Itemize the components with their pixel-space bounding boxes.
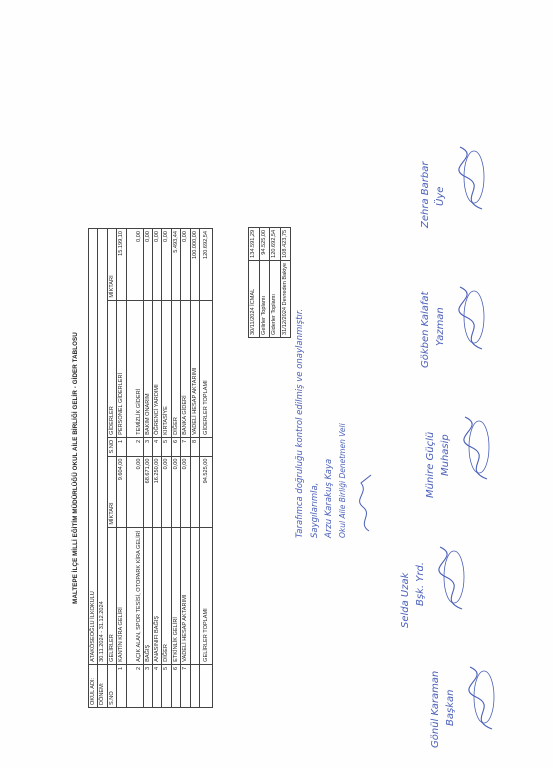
summary-value: 108.423,75 — [280, 227, 291, 260]
expense-label: VADELİ HESAP AKTARIMI — [190, 300, 199, 437]
school-row: OKUL ADI: ATAKÖSEOĞLU İLKOKULU — [89, 229, 98, 708]
signature-mark — [432, 543, 477, 613]
table-row: 3BAĞIŞ68.671,003BAKIM ONARIM0,00 — [143, 229, 152, 708]
expense-amount: 0,00 — [143, 229, 152, 301]
summary-table: 30/11/2024 İCMAL134.591,29Gelirler Topla… — [248, 227, 291, 338]
income-label — [190, 527, 199, 664]
signature-mark — [452, 143, 497, 213]
income-sno: 1 — [117, 664, 126, 707]
signatory-role: Üye — [435, 187, 446, 206]
summary-value: 94.525,00 — [259, 227, 270, 260]
expense-header: GİDERLER — [107, 300, 116, 437]
expense-label: KIRTASİYE — [162, 300, 171, 437]
income-sno: 3 — [143, 664, 152, 707]
income-amount: 9.604,00 — [117, 456, 126, 527]
expense-label: ÖĞRENCİ YARDIMI — [153, 300, 162, 437]
income-sno: 6 — [171, 664, 180, 707]
approval-note-line3: Arzu Karakuş Kaya — [324, 459, 334, 538]
approval-note-line2: Saygılarımla, — [310, 483, 320, 538]
expense-sno: 5 — [162, 437, 171, 456]
expense-amount-header: MİKTARI — [107, 229, 116, 301]
income-label: BAĞIŞ — [143, 527, 152, 664]
table-row: 4ANASINIFI BAĞIŞ16.250,004ÖĞRENCİ YARDIM… — [153, 229, 162, 708]
income-amount: 68.671,00 — [143, 456, 152, 527]
period-row: DÖNEM: 30.11.2024 - 31.12.2024 — [98, 229, 107, 708]
summary-value: 120.692,54 — [270, 227, 281, 260]
income-header: GELİRLER — [107, 527, 116, 664]
signatory-role: Muhasip — [440, 434, 451, 476]
summary-label: Giderler Toplamı — [270, 260, 281, 337]
totals-row: GELİRLER TOPLAMI 94.525,00 GİDERLER TOPL… — [200, 229, 213, 708]
expense-sno: 2 — [126, 437, 143, 456]
income-amount: 16.250,00 — [153, 456, 162, 527]
signatory-role: Yazman — [435, 307, 446, 346]
expense-sno: 3 — [143, 437, 152, 456]
income-amount: 0,00 — [181, 456, 190, 527]
table-row: 5DİĞER0,005KIRTASİYE0,00 — [162, 229, 171, 708]
expense-amount: 15.199,10 — [117, 229, 126, 301]
expense-total-label: GİDERLER TOPLAMI — [200, 300, 213, 437]
period-value: 30.11.2024 - 31.12.2024 — [98, 229, 107, 665]
income-amount: 0,00 — [171, 456, 180, 527]
signatory-role: Başkan — [445, 690, 456, 726]
signature-mark — [457, 413, 502, 483]
auditor-signature — [355, 473, 380, 533]
summary-label: 31/12/2024 Devreden Bakiye — [280, 260, 291, 337]
income-amount-header: MİKTARI — [107, 456, 116, 527]
income-label: ANASINIFI BAĞIŞ — [153, 527, 162, 664]
income-sno-header: S.NO — [107, 664, 116, 707]
expense-label: BAKIM ONARIM — [143, 300, 152, 437]
summary-row: 30/11/2024 İCMAL134.591,29 — [249, 227, 260, 337]
income-label: DİĞER — [162, 527, 171, 664]
expense-amount: 100.000,00 — [190, 229, 199, 301]
approval-note-line4: Okul Aile Birliği Denetmen Veli — [338, 423, 347, 538]
document-page: MALTEPE İLÇE MİLLİ EĞİTİM MÜDÜRLÜĞÜ OKUL… — [0, 0, 554, 768]
expense-label: PERSONEL GİDERLERİ — [117, 300, 126, 437]
table-row: 6ETKİNLİK GELİRİ0,006DİĞER5.493,44 — [171, 229, 180, 708]
income-amount — [190, 456, 199, 527]
expense-amount: 0,00 — [126, 229, 143, 301]
expense-label: BANKA GİDERİ — [181, 300, 190, 437]
income-amount: 0,00 — [162, 456, 171, 527]
income-label: KANTİN KİRA GELİRİ — [117, 527, 126, 664]
document-title: MALTEPE İLÇE MİLLİ EĞİTİM MÜDÜRLÜĞÜ OKUL… — [72, 228, 79, 708]
approval-note-line1: Tarafımca doğruluğu kontrol edilmiş ve o… — [295, 309, 305, 538]
table-row: 8VADELİ HESAP AKTARIMI100.000,00 — [190, 229, 199, 708]
signatory-role: Bşk. Yrd. — [415, 562, 426, 606]
income-sno: 2 — [126, 664, 143, 707]
summary-value: 134.591,29 — [249, 227, 260, 260]
income-sno: 7 — [181, 664, 190, 707]
signatory-name: Gönül Karaman — [430, 671, 441, 748]
period-label: DÖNEM: — [98, 664, 107, 707]
expense-sno: 8 — [190, 437, 199, 456]
signatory-name: Münire Güçlü — [425, 432, 436, 498]
school-name: ATAKÖSEOĞLU İLKOKULU — [89, 229, 98, 665]
signatory-name: Gökben Kalafat — [420, 292, 431, 368]
summary-row: 31/12/2024 Devreden Bakiye108.423,75 — [280, 227, 291, 337]
income-sno: 4 — [153, 664, 162, 707]
expense-amount: 0,00 — [181, 229, 190, 301]
income-expense-table: OKUL ADI: ATAKÖSEOĞLU İLKOKULU DÖNEM: 30… — [88, 228, 213, 708]
expense-amount: 5.493,44 — [171, 229, 180, 301]
school-label: OKUL ADI: — [89, 664, 98, 707]
expense-amount: 0,00 — [162, 229, 171, 301]
summary-row: Gelirler Toplamı94.525,00 — [259, 227, 270, 337]
expense-total: 120.692,54 — [200, 229, 213, 301]
summary-label: Gelirler Toplamı — [259, 260, 270, 337]
income-sno — [190, 664, 199, 707]
income-total: 94.525,00 — [200, 456, 213, 527]
income-amount: 0,00 — [126, 456, 143, 527]
expense-sno-header: S.NO — [107, 437, 116, 456]
expense-label: DİĞER — [171, 300, 180, 437]
income-sno: 5 — [162, 664, 171, 707]
expense-amount: 0,00 — [153, 229, 162, 301]
income-label: ETKİNLİK GELİRİ — [171, 527, 180, 664]
expense-label: TEMİZLİK GİDERİ — [126, 300, 143, 437]
summary-label: 30/11/2024 İCMAL — [249, 260, 260, 337]
signatory-name: Selda Uzak — [400, 573, 411, 628]
signatory-name: Zehra Barbar — [420, 162, 431, 228]
table-row: 2AÇIK ALAN, SPOR TESİSİ, OTOPARK KİRA GE… — [126, 229, 143, 708]
income-label: VADELİ HESAP AKTARIMI — [181, 527, 190, 664]
signature-mark — [452, 283, 497, 353]
signature-mark — [462, 663, 507, 733]
table-row: 1KANTİN KİRA GELİRİ9.604,001PERSONEL GİD… — [117, 229, 126, 708]
header-row: S.NO GELİRLER MİKTARI S.NO GİDERLER MİKT… — [107, 229, 116, 708]
table-row: 7VADELİ HESAP AKTARIMI0,007BANKA GİDERİ0… — [181, 229, 190, 708]
expense-sno: 6 — [171, 437, 180, 456]
expense-sno: 7 — [181, 437, 190, 456]
income-total-label: GELİRLER TOPLAMI — [200, 527, 213, 664]
summary-row: Giderler Toplamı120.692,54 — [270, 227, 281, 337]
expense-sno: 1 — [117, 437, 126, 456]
income-label: AÇIK ALAN, SPOR TESİSİ, OTOPARK KİRA GEL… — [126, 527, 143, 664]
expense-sno: 4 — [153, 437, 162, 456]
